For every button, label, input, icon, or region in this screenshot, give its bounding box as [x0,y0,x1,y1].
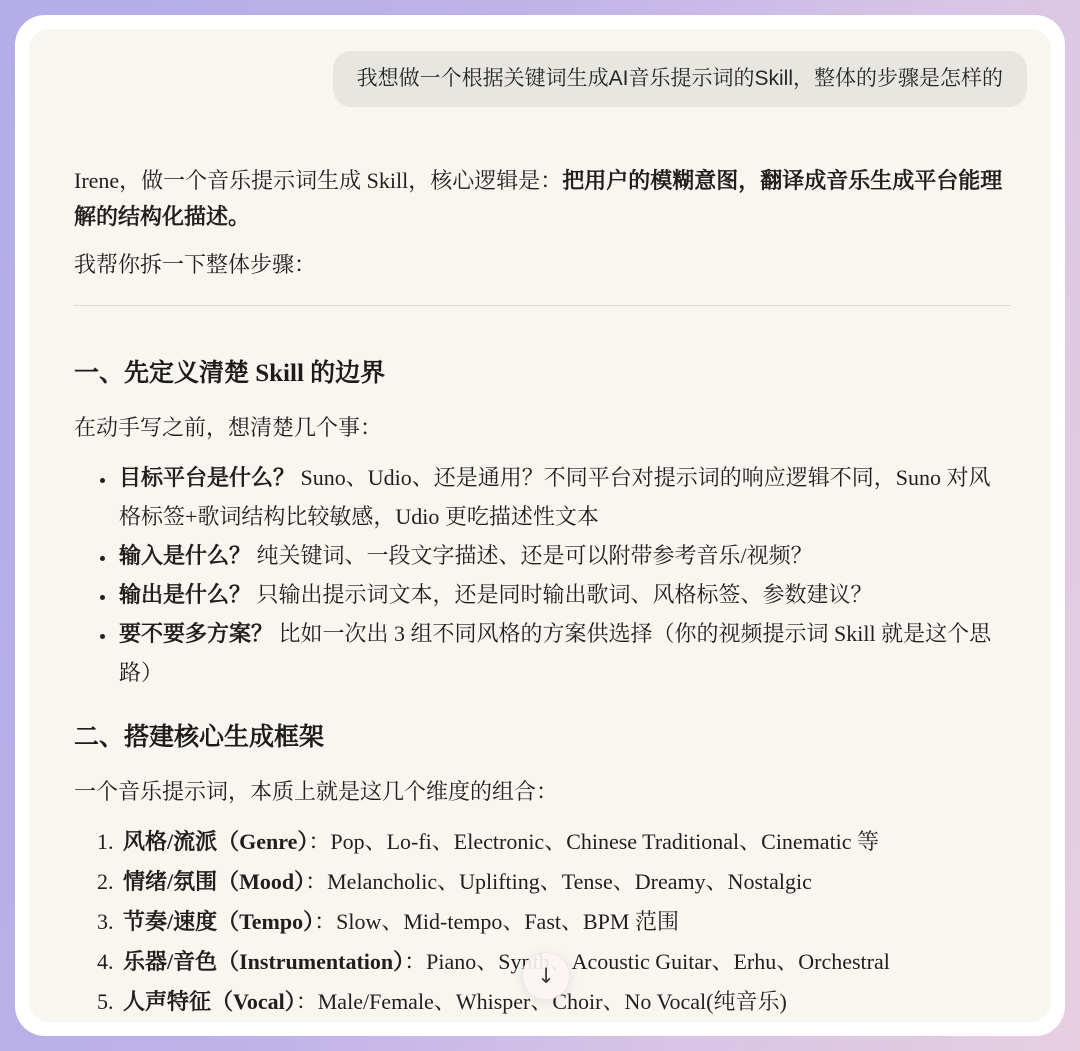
list-item: 要不要多方案？ 比如一次出 3 组不同风格的方案供选择（你的视频提示词 Skil… [117,614,1011,692]
user-message-row: 我想做一个根据关键词生成AI音乐提示词的Skill，整体的步骤是怎样的 [74,51,1027,107]
dimension-bold: 乐器/音色（Instrumentation） [123,949,404,974]
bullet-text: 只输出提示词文本，还是同时输出歌词、风格标签、参数建议？ [251,582,873,607]
list-item: 输出是什么？ 只输出提示词文本，还是同时输出歌词、风格标签、参数建议？ [117,575,1011,614]
dimension-text: ：Slow、Mid-tempo、Fast、BPM 范围 [314,909,679,934]
dimension-bold: 风格/流派（Genre） [123,829,308,854]
down-arrow-icon: ↓ [537,964,555,988]
bullet-bold: 输出是什么？ [119,582,251,607]
section1-title: 一、先定义清楚 Skill 的边界 [74,358,1011,390]
list-item: 输入是什么？ 纯关键词、一段文字描述、还是可以附带参考音乐/视频？ [117,536,1011,575]
bullet-bold: 要不要多方案？ [119,621,273,646]
bullet-bold: 输入是什么？ [119,543,251,568]
list-item: 风格/流派（Genre）：Pop、Lo-fi、Electronic、Chines… [119,822,1011,861]
assistant-intro-line2: 我帮你拆一下整体步骤： [74,247,1011,283]
dimension-bold: 情绪/氛围（Mood） [123,869,305,894]
dimension-bold: 人声特征（Vocal） [123,989,296,1014]
boundary-bullet-list: 目标平台是什么？ Suno、Udio、还是通用？不同平台对提示词的响应逻辑不同，… [74,458,1011,692]
section2-lead: 一个音乐提示词，本质上就是这几个维度的组合： [74,774,1011,810]
bullet-bold: 目标平台是什么？ [119,465,295,490]
conversation-surface: 我想做一个根据关键词生成AI音乐提示词的Skill，整体的步骤是怎样的 Iren… [29,29,1051,1022]
chat-window: 我想做一个根据关键词生成AI音乐提示词的Skill，整体的步骤是怎样的 Iren… [15,15,1065,1036]
list-item: 目标平台是什么？ Suno、Udio、还是通用？不同平台对提示词的响应逻辑不同，… [117,458,1011,536]
section1-lead: 在动手写之前，想清楚几个事： [74,410,1011,446]
bullet-text: 纯关键词、一段文字描述、还是可以附带参考音乐/视频？ [251,543,813,568]
scroll-to-bottom-button[interactable]: ↓ [522,952,570,1000]
list-item: 节奏/速度（Tempo）：Slow、Mid-tempo、Fast、BPM 范围 [119,902,1011,941]
dimension-text: ：Pop、Lo-fi、Electronic、Chinese Traditiona… [308,829,879,854]
list-item: 情绪/氛围（Mood）：Melancholic、Uplifting、Tense、… [119,862,1011,901]
section-divider [74,305,1011,306]
intro-prefix-text: Irene，做一个音乐提示词生成 Skill，核心逻辑是： [74,168,562,193]
section2-title: 二、搭建核心生成框架 [74,722,1011,754]
dimension-text: ：Melancholic、Uplifting、Tense、Dreamy、Nost… [305,869,812,894]
user-message-bubble: 我想做一个根据关键词生成AI音乐提示词的Skill，整体的步骤是怎样的 [333,51,1027,107]
assistant-intro-paragraph: Irene，做一个音乐提示词生成 Skill，核心逻辑是：把用户的模糊意图，翻译… [74,163,1011,235]
dimension-text: ：Piano、Synth、Acoustic Guitar、Erhu、Orches… [404,949,890,974]
conversation: 我想做一个根据关键词生成AI音乐提示词的Skill，整体的步骤是怎样的 Iren… [29,29,1051,1021]
dimension-bold: 节奏/速度（Tempo） [123,909,314,934]
